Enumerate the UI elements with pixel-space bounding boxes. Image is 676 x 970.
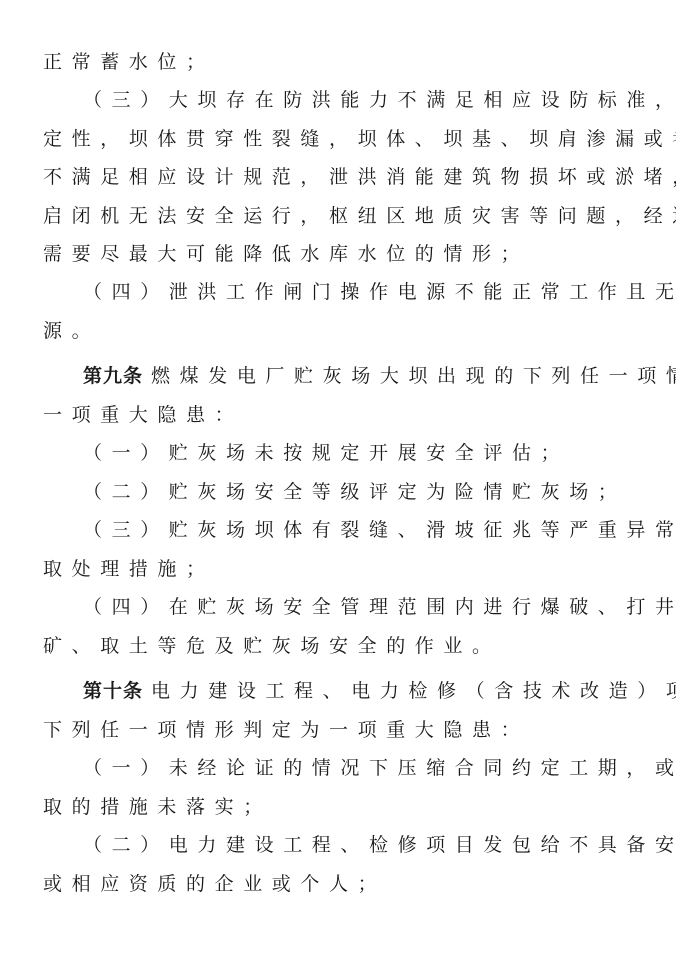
text-line: （四）泄洪工作闸门操作电源不能正常工作且无可靠应急电 — [83, 280, 676, 304]
text-line: 矿、取土等危及贮灰场安全的作业。 — [43, 634, 501, 658]
article-9-line: 第九条燃煤发电厂贮灰场大坝出现的下列任一项情形判定为 — [83, 364, 676, 388]
text-line: （四）在贮灰场安全管理范围内进行爆破、打井、采石、采 — [83, 595, 676, 619]
text-line: 取的措施未落实； — [43, 795, 272, 819]
article-heading: 第十条 — [83, 680, 143, 702]
text-line: （三）大坝存在防洪能力不满足相应设防标准，大坝整体稳 — [83, 88, 676, 112]
text-line: 下列任一项情形判定为一项重大隐患： — [43, 718, 529, 742]
article-text: 电力建设工程、电力检修（含技术改造）项目出现的 — [151, 680, 676, 702]
text-line: 源。 — [43, 319, 100, 343]
text-line: （三）贮灰场坝体有裂缝、滑坡征兆等严重异常情况且未采 — [83, 518, 676, 542]
text-line: 启闭机无法安全运行，枢纽区地质灾害等问题，经过分析论证， — [43, 204, 676, 228]
article-10-line: 第十条电力建设工程、电力检修（含技术改造）项目出现的 — [83, 679, 676, 703]
article-heading: 第九条 — [83, 365, 143, 387]
text-line: 正常蓄水位； — [43, 50, 215, 74]
text-line: （一）未经论证的情况下压缩合同约定工期，或论证后应采 — [83, 756, 676, 780]
text-line: 不满足相应设计规范，泄洪消能建筑物损坏或淤堵，泄水闸门、 — [43, 165, 676, 189]
text-line: 需要尽最大可能降低水库水位的情形； — [43, 242, 529, 266]
text-line: 一项重大隐患： — [43, 403, 243, 427]
text-line: （二）贮灰场安全等级评定为险情贮灰场； — [83, 480, 626, 504]
text-line: （二）电力建设工程、检修项目发包给不具备安全生产条件 — [83, 833, 676, 857]
text-line: （一）贮灰场未按规定开展安全评估； — [83, 441, 569, 465]
article-text: 燃煤发电厂贮灰场大坝出现的下列任一项情形判定为 — [151, 365, 676, 387]
text-line: 取处理措施； — [43, 557, 215, 581]
text-line: 定性，坝体贯穿性裂缝，坝体、坝基、坝肩渗漏或者渗透稳定性 — [43, 127, 676, 151]
text-line: 或相应资质的企业或个人； — [43, 872, 386, 896]
